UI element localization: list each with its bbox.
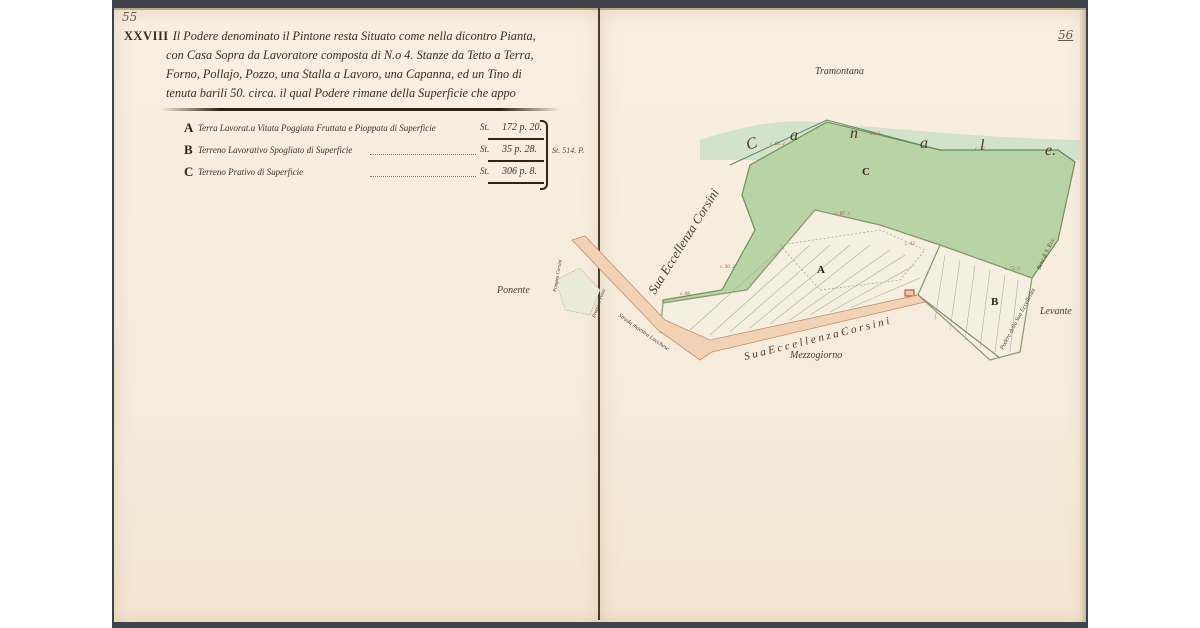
svg-text:a: a — [790, 127, 798, 144]
heading-line-1: Il Podere denominato il Pintone resta Si… — [173, 29, 536, 43]
svg-text:Sua Eccellenza Corsini: Sua Eccellenza Corsini — [645, 185, 722, 296]
compass-south-label: Mezzogiorno — [790, 350, 842, 361]
area-row-b: B Terreno Lavorativo Spogliato di Superf… — [170, 140, 550, 162]
svg-text:n: n — [850, 125, 858, 142]
svg-text:c. 88: c. 88 — [680, 292, 690, 297]
area-description: Terra Lavorat.a Vitata Poggiata Fruttata… — [198, 123, 436, 133]
heading-line-2: con Casa Sopra da Lavoratore composta di… — [124, 46, 574, 65]
dotted-leader — [370, 154, 476, 155]
value-underline — [488, 182, 544, 184]
compass-west-label: Ponente — [497, 285, 530, 296]
folio-number-left: 55 — [122, 10, 137, 24]
entry-heading: XXVIIIIl Podere denominato il Pintone re… — [124, 27, 574, 103]
compass-east-label: Levante — [1040, 306, 1072, 317]
compass-north-label: Tramontana — [815, 66, 864, 77]
area-unit: St. — [480, 144, 489, 154]
svg-text:21. 2: 21. 2 — [870, 132, 881, 137]
area-description: Terreno Lavorativo Spogliato di Superfic… — [198, 145, 352, 155]
area-unit: St. — [480, 122, 489, 132]
dotted-leader — [370, 176, 476, 177]
parcel-label-c: C — [862, 166, 870, 178]
heading-divider-rule — [160, 108, 560, 111]
area-description: Terreno Prativo di Superficie — [198, 167, 303, 177]
area-unit: St. — [480, 166, 489, 176]
parcel-label-b: B — [991, 296, 998, 308]
svg-text:c. 73. 5: c. 73. 5 — [1005, 267, 1020, 272]
heading-line-3: Forno, Pollajo, Pozzo, una Stalla a Lavo… — [124, 65, 574, 84]
entry-number: XXVIII — [124, 29, 169, 43]
svg-text:a: a — [920, 135, 928, 152]
heading-line-4: tenuta barili 50. circa. il qual Podere … — [124, 84, 574, 103]
area-table: A Terra Lavorat.a Vitata Poggiata Frutta… — [170, 118, 550, 184]
svg-text:c. 68. 2: c. 68. 2 — [770, 142, 785, 147]
parcel-label-a: A — [817, 264, 825, 276]
area-row-c: C Terreno Prativo di Superficie St. 306 … — [170, 162, 550, 184]
svg-text:c. 87. 3: c. 87. 3 — [835, 212, 850, 217]
svg-text:c. 30. 2: c. 30. 2 — [720, 265, 735, 270]
area-letter: C — [184, 164, 193, 180]
area-row-a: A Terra Lavorat.a Vitata Poggiata Frutta… — [170, 118, 550, 140]
svg-text:l: l — [980, 137, 985, 154]
svg-text:c. 43: c. 43 — [905, 242, 915, 247]
area-letter: A — [184, 120, 193, 136]
svg-text:e.: e. — [1045, 142, 1056, 159]
area-letter: B — [184, 142, 193, 158]
estate-map: c. 68. 2 21. 2 c. 72 c. 87. 3 c. 43 c. 7… — [540, 20, 1100, 440]
